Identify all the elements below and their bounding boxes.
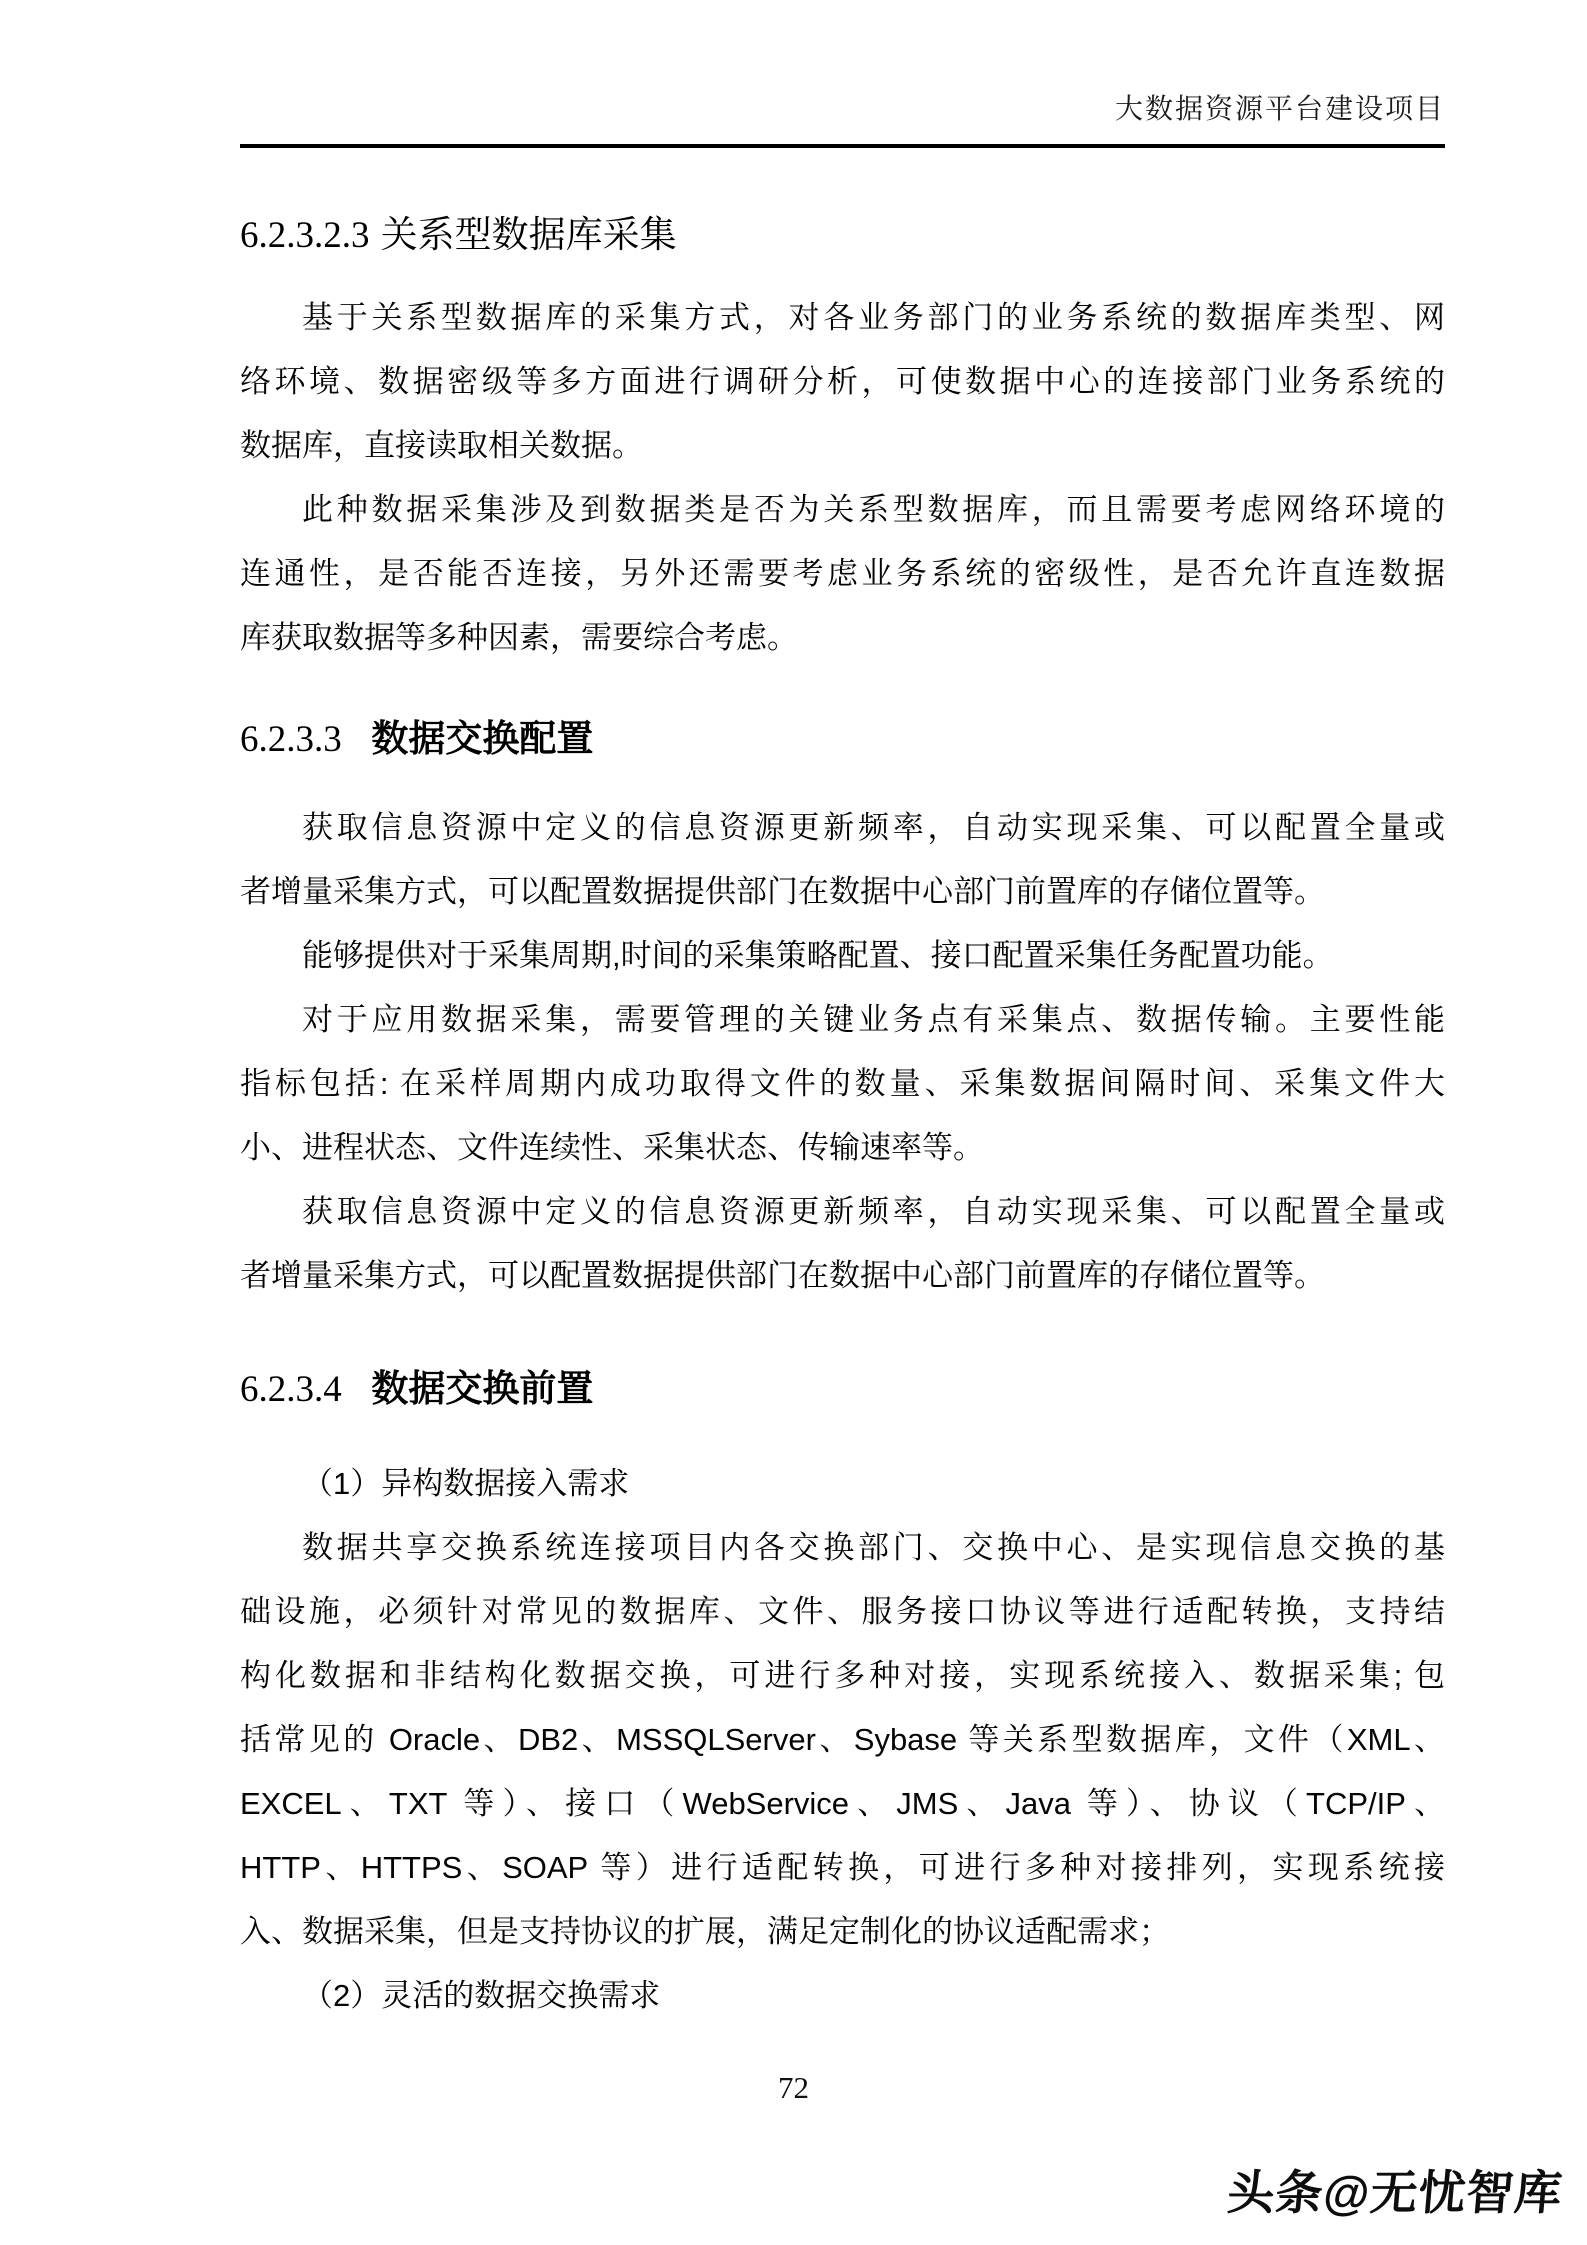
- paragraph-item-1-title: （1）异构数据接入需求: [240, 1452, 1445, 1516]
- document-page: 大数据资源平台建设项目 6.2.3.2.3关系型数据库采集 基于关系型数据库的采…: [0, 0, 1587, 2245]
- text-line: 络环境、数据密级等多方面进行调研分析，可使数据中心的连接部门业务系统的: [240, 350, 1445, 414]
- text-line: 数据共享交换系统连接项目内各交换部门、交换中心、是实现信息交换的基: [240, 1516, 1445, 1580]
- heading-number: 6.2.3.2.3: [240, 215, 370, 256]
- text-line: EXCEL、TXT 等）、接口（WebService、JMS、Java 等）、协…: [240, 1772, 1445, 1836]
- text-line: 基于关系型数据库的采集方式，对各业务部门的业务系统的数据库类型、网: [240, 286, 1445, 350]
- heading-6-2-3-2-3: 6.2.3.2.3关系型数据库采集: [240, 210, 1445, 262]
- text-line: HTTP、HTTPS、SOAP 等）进行适配转换，可进行多种对接排列，实现系统接: [240, 1836, 1445, 1900]
- text-line: 者增量采集方式，可以配置数据提供部门在数据中心部门前置库的存储位置等。: [240, 860, 1445, 924]
- text-line: 对于应用数据采集，需要管理的关键业务点有采集点、数据传输。主要性能: [240, 988, 1445, 1052]
- heading-number: 6.2.3.4: [240, 1369, 342, 1410]
- heading-6-2-3-4: 6.2.3.4数据交换前置: [240, 1362, 1445, 1418]
- paragraph-considerations: 此种数据采集涉及到数据类是否为关系型数据库，而且需要考虑网络环境的 连通性，是否…: [240, 478, 1445, 670]
- paragraph-heterogeneous-access: 数据共享交换系统连接项目内各交换部门、交换中心、是实现信息交换的基 础设施，必须…: [240, 1516, 1445, 1964]
- paragraph-item-2-title: （2）灵活的数据交换需求: [240, 1964, 1445, 2028]
- heading-number: 6.2.3.3: [240, 719, 342, 760]
- paragraph-app-collection: 对于应用数据采集，需要管理的关键业务点有采集点、数据传输。主要性能 指标包括: …: [240, 988, 1445, 1180]
- text-line: 获取信息资源中定义的信息资源更新频率，自动实现采集、可以配置全量或: [240, 1180, 1445, 1244]
- text-line: 者增量采集方式，可以配置数据提供部门在数据中心部门前置库的存储位置等。: [240, 1244, 1445, 1308]
- text-line: 连通性，是否能否连接，另外还需要考虑业务系统的密级性，是否允许直连数据: [240, 542, 1445, 606]
- text-line: 小、进程状态、文件连续性、采集状态、传输速率等。: [240, 1116, 1445, 1180]
- watermark-toutiao-wuyouzhiku: 头条@无忧智库: [1225, 2156, 1566, 2223]
- paragraph-exchange-config-2: 获取信息资源中定义的信息资源更新频率，自动实现采集、可以配置全量或 者增量采集方…: [240, 1180, 1445, 1308]
- text-line: 础设施，必须针对常见的数据库、文件、服务接口协议等进行适配转换，支持结: [240, 1580, 1445, 1644]
- paragraph-exchange-config-1: 获取信息资源中定义的信息资源更新频率，自动实现采集、可以配置全量或 者增量采集方…: [240, 796, 1445, 924]
- text-line: 入、数据采集，但是支持协议的扩展，满足定制化的协议适配需求；: [240, 1900, 1445, 1964]
- text-line: 数据库，直接读取相关数据。: [240, 414, 1445, 478]
- heading-title: 数据交换配置: [371, 719, 593, 760]
- heading-6-2-3-3: 6.2.3.3数据交换配置: [240, 712, 1445, 768]
- text-line: 此种数据采集涉及到数据类是否为关系型数据库，而且需要考虑网络环境的: [240, 478, 1445, 542]
- text-line: 指标包括: 在采样周期内成功取得文件的数量、采集数据间隔时间、采集文件大: [240, 1052, 1445, 1116]
- page-number: 72: [0, 2068, 1587, 2108]
- text-line: （1）异构数据接入需求: [240, 1452, 1445, 1516]
- text-line: 括常见的 Oracle、DB2、MSSQLServer、Sybase 等关系型数…: [240, 1708, 1445, 1772]
- paragraph-db-collection: 基于关系型数据库的采集方式，对各业务部门的业务系统的数据库类型、网 络环境、数据…: [240, 286, 1445, 478]
- header-title: 大数据资源平台建设项目: [1115, 94, 1445, 125]
- paragraph-collection-period: 能够提供对于采集周期,时间的采集策略配置、接口配置采集任务配置功能。: [240, 924, 1445, 988]
- text-line: 构化数据和非结构化数据交换，可进行多种对接，实现系统接入、数据采集; 包: [240, 1644, 1445, 1708]
- text-line: 能够提供对于采集周期,时间的采集策略配置、接口配置采集任务配置功能。: [240, 924, 1445, 988]
- page-header: 大数据资源平台建设项目: [240, 0, 1445, 148]
- text-line: 库获取数据等多种因素，需要综合考虑。: [240, 606, 1445, 670]
- text-line: （2）灵活的数据交换需求: [240, 1964, 1445, 2028]
- text-line: 获取信息资源中定义的信息资源更新频率，自动实现采集、可以配置全量或: [240, 796, 1445, 860]
- heading-title: 关系型数据库采集: [381, 215, 677, 256]
- heading-title: 数据交换前置: [371, 1369, 593, 1410]
